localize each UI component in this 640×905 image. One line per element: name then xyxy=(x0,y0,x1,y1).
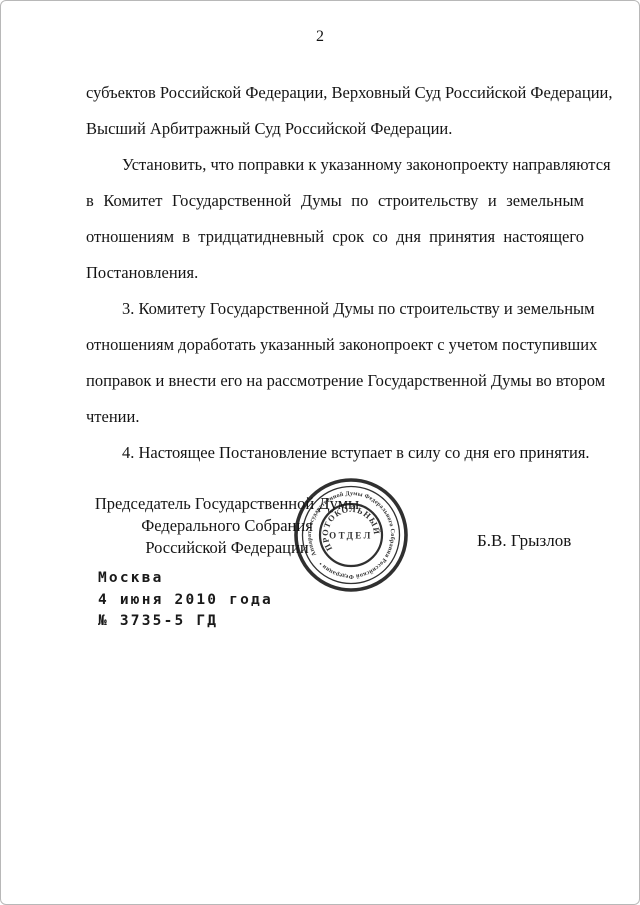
paragraph: 4. Настоящее Постановление вступает в си… xyxy=(86,435,584,471)
footer-number: № 3735-5 ГД xyxy=(98,611,273,633)
text-line: Высший Арбитражный Суд Российской Федера… xyxy=(86,111,584,147)
document-page: 2 субъектов Российской Федерации, Верхов… xyxy=(0,0,640,905)
text-line: отношениям доработать указанный законопр… xyxy=(86,327,584,363)
signatory-name: Б.В. Грызлов xyxy=(477,531,571,551)
text-line: субъектов Российской Федерации, Верховны… xyxy=(86,75,584,111)
paragraph: Установить, что поправки к указанному за… xyxy=(86,147,584,291)
text-line: чтении. xyxy=(86,399,584,435)
text-line: Постановления. xyxy=(86,255,584,291)
footer-date: 4 июня 2010 года xyxy=(98,590,273,612)
footer-block: Москва 4 июня 2010 года № 3735-5 ГД xyxy=(98,568,273,633)
text-line: отношениям в тридцатидневный срок со дня… xyxy=(86,219,584,255)
footer-city: Москва xyxy=(98,568,273,590)
protocol-department-stamp-seal: Аппарат Государственной Думы Федеральног… xyxy=(291,474,411,596)
page-number: 2 xyxy=(1,28,639,46)
stamp-center-text: ОТДЕЛ xyxy=(329,531,373,541)
document-body: субъектов Российской Федерации, Верховны… xyxy=(86,75,584,471)
paragraph: 3. Комитету Государственной Думы по стро… xyxy=(86,291,584,435)
paragraph: субъектов Российской Федерации, Верховны… xyxy=(86,75,584,147)
text-line: в Комитет Государственной Думы по строит… xyxy=(86,183,584,219)
text-line: 4. Настоящее Постановление вступает в си… xyxy=(86,435,584,471)
text-line: поправок и внести его на рассмотрение Го… xyxy=(86,363,584,399)
text-line: Установить, что поправки к указанному за… xyxy=(86,147,584,183)
text-line: 3. Комитету Государственной Думы по стро… xyxy=(86,291,584,327)
